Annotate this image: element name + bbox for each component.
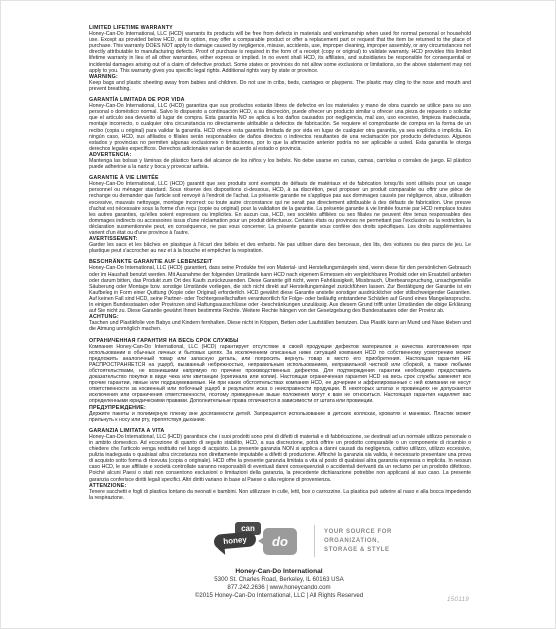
warning-body-italian: Tenere sacchetti e fogli di plastica lon… <box>89 489 471 501</box>
warning-body-english: Keep bags and plastic sheeting away from… <box>89 80 471 92</box>
section-body-german: Honey-Can-Do International, LLC (HCD) ga… <box>89 265 471 314</box>
tagline-line-1: YOUR SOURCE FOR <box>324 528 392 537</box>
section-french: GARANTIE À VIE LIMITÉE Honey-Can-Do Inte… <box>89 175 471 254</box>
section-german: BESCHRÄNKTE GARANTIE AUF LEBENSZEIT Hone… <box>89 259 471 332</box>
section-body-italian: Honey-Can-Do International, LLC (HCD) ga… <box>89 434 471 483</box>
part-number: 150119 <box>447 596 469 603</box>
section-english: LIMITED LIFETIME WARRANTY Honey-Can-Do I… <box>89 25 471 92</box>
section-spanish: GARANTÍA LIMITADA DE POR VIDA Honey-Can-… <box>89 97 471 170</box>
warranty-text-column: LIMITED LIFETIME WARRANTY Honey-Can-Do I… <box>89 25 471 506</box>
section-body-french: Honey-Can-Do International, LLC (HCD) ga… <box>89 181 471 236</box>
honey-can-do-logo-icon: can honey do <box>214 520 302 562</box>
warranty-insert-page: LIMITED LIFETIME WARRANTY Honey-Can-Do I… <box>0 0 556 629</box>
warning-body-german: Taschen und Plastikfolie von Babys und K… <box>89 320 471 332</box>
brand-row-inner: can honey do YOUR SOURCE FOR ORGANIZATIO… <box>214 520 392 562</box>
section-body-spanish: Honey-Can-Do International, LLC (HCD) ga… <box>89 103 471 152</box>
tagline-line-3: STORAGE & STYLE <box>324 546 392 555</box>
footer-address: 5300 St. Charles Road, Berkeley, IL 6016… <box>1 576 556 584</box>
tagline-line-2: ORGANIZATION, <box>324 537 392 546</box>
section-body-english: Honey-Can-Do International, LLC (HCD) wa… <box>89 31 471 74</box>
logo-bubble-honey: honey <box>213 531 256 550</box>
warning-body-french: Garder les sacs et les bâches en plastiq… <box>89 242 471 254</box>
footer-contact: 877.242.2636 | www.honeycando.com <box>1 584 556 592</box>
logo-tagline-divider <box>314 525 315 557</box>
footer-block: Honey-Can-Do International 5300 St. Char… <box>1 568 556 599</box>
section-russian: ОГРАНИЧЕННАЯ ГАРАНТИЯ НА ВЕСЬ СРОК СЛУЖБ… <box>89 338 471 423</box>
section-body-russian: Компания Honey-Can-Do International, LLC… <box>89 344 471 405</box>
warning-body-russian: Держите пакеты и полимерную пленку вне д… <box>89 411 471 423</box>
section-italian: GARANZIA LIMITATA A VITA Honey-Can-Do In… <box>89 428 471 501</box>
logo-bubble-do: do <box>263 528 297 555</box>
footer-copyright: ©2015 Honey-Can-Do International, LLC | … <box>1 592 556 600</box>
brand-row: can honey do YOUR SOURCE FOR ORGANIZATIO… <box>1 520 556 562</box>
warning-body-spanish: Mantenga las bolsas y láminas de plástic… <box>89 158 471 170</box>
logo-tagline: YOUR SOURCE FOR ORGANIZATION, STORAGE & … <box>324 528 392 555</box>
footer-company-name: Honey-Can-Do International <box>1 568 556 576</box>
